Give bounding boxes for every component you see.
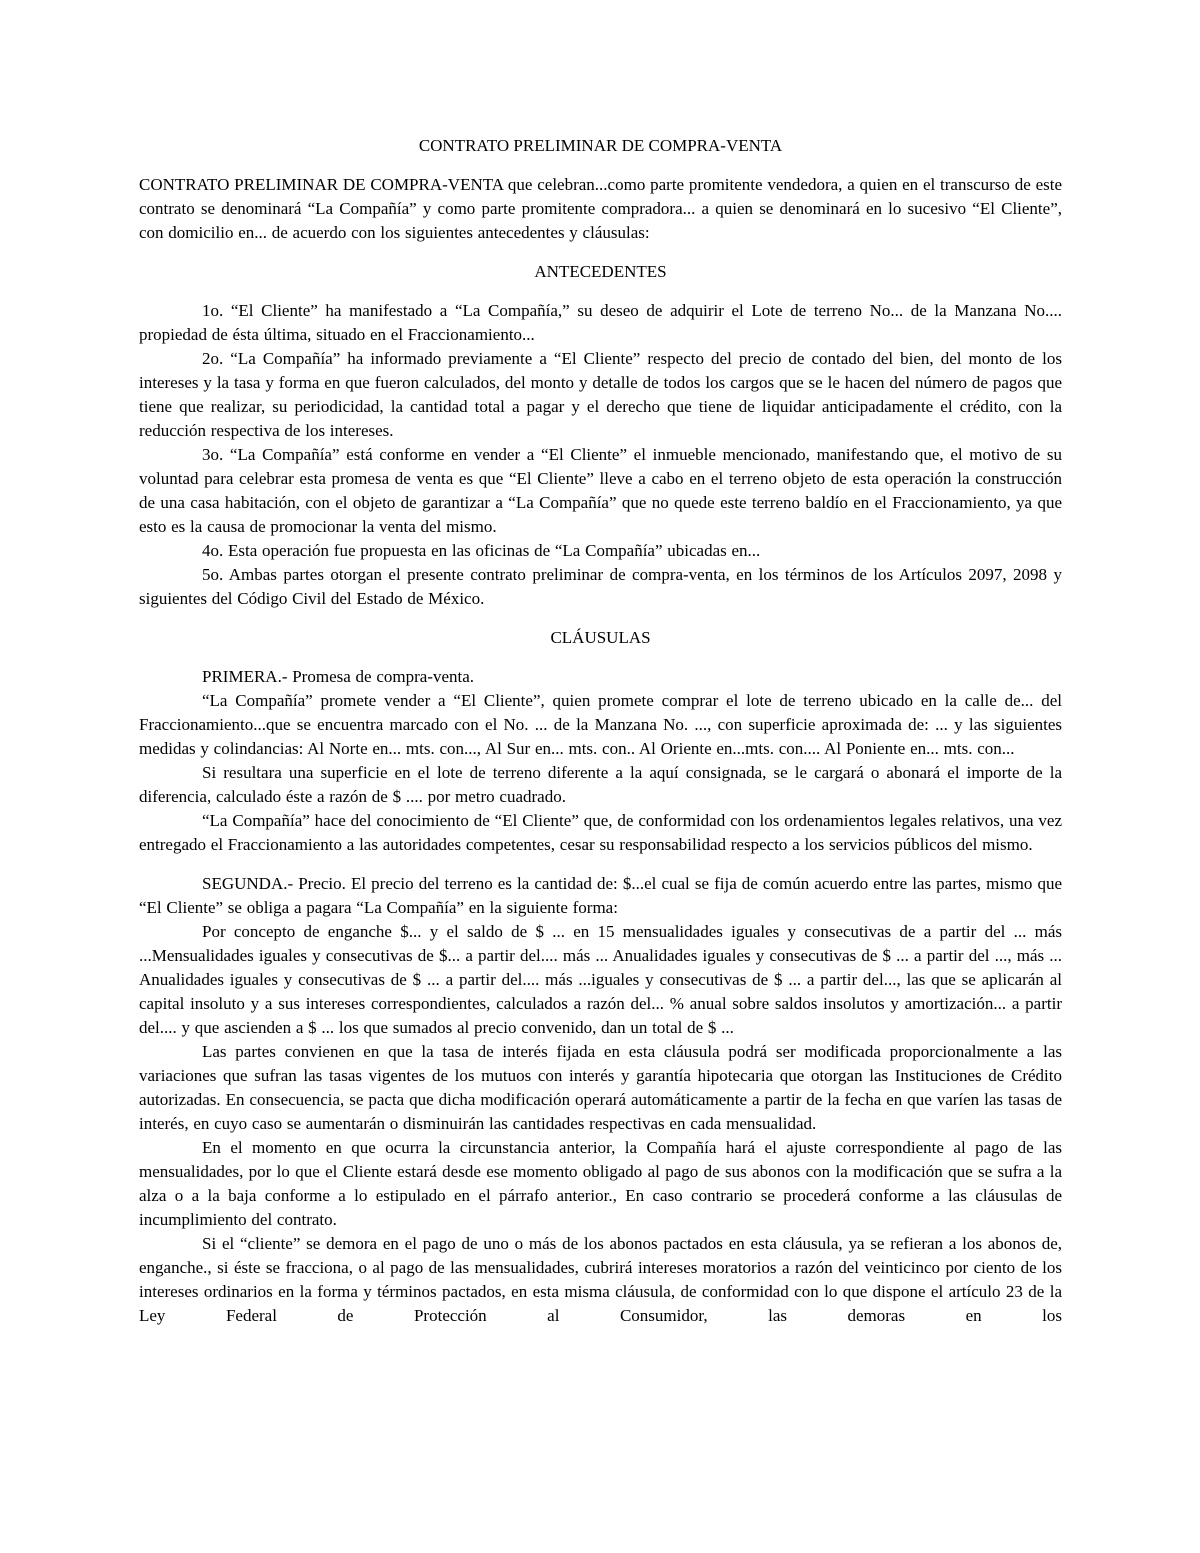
clausula-primera-parrafo-1: “La Compañía” promete vender a “El Clien… [139, 689, 1062, 761]
antecedente-5: 5o. Ambas partes otorgan el presente con… [139, 563, 1062, 611]
opening-paragraph: CONTRATO PRELIMINAR DE COMPRA-VENTA que … [139, 173, 1062, 245]
clausula-primera-titulo: PRIMERA.- Promesa de compra-venta. [139, 665, 1062, 689]
clausula-segunda-titulo: SEGUNDA.- Precio. El precio del terreno … [139, 872, 1062, 920]
clausula-segunda-parrafo-2: Las partes convienen en que la tasa de i… [139, 1040, 1062, 1136]
antecedente-2: 2o. “La Compañía” ha informado previamen… [139, 347, 1062, 443]
section-heading-antecedentes: ANTECEDENTES [139, 260, 1062, 284]
clausula-segunda-parrafo-3: En el momento en que ocurra la circunsta… [139, 1136, 1062, 1232]
antecedente-1: 1o. “El Cliente” ha manifestado a “La Co… [139, 299, 1062, 347]
clausula-segunda-parrafo-1: Por concepto de enganche $... y el saldo… [139, 920, 1062, 1040]
section-heading-clausulas: CLÁUSULAS [139, 626, 1062, 650]
contract-document-page: CONTRATO PRELIMINAR DE COMPRA-VENTA CONT… [0, 0, 1200, 1553]
clausula-segunda-parrafo-4: Si el “cliente” se demora en el pago de … [139, 1232, 1062, 1328]
document-title: CONTRATO PRELIMINAR DE COMPRA-VENTA [139, 134, 1062, 158]
antecedente-3: 3o. “La Compañía” está conforme en vende… [139, 443, 1062, 539]
antecedente-4: 4o. Esta operación fue propuesta en las … [139, 539, 1062, 563]
clausula-primera-parrafo-2: Si resultara una superficie en el lote d… [139, 761, 1062, 809]
clausula-primera-parrafo-3: “La Compañía” hace del conocimiento de “… [139, 809, 1062, 857]
